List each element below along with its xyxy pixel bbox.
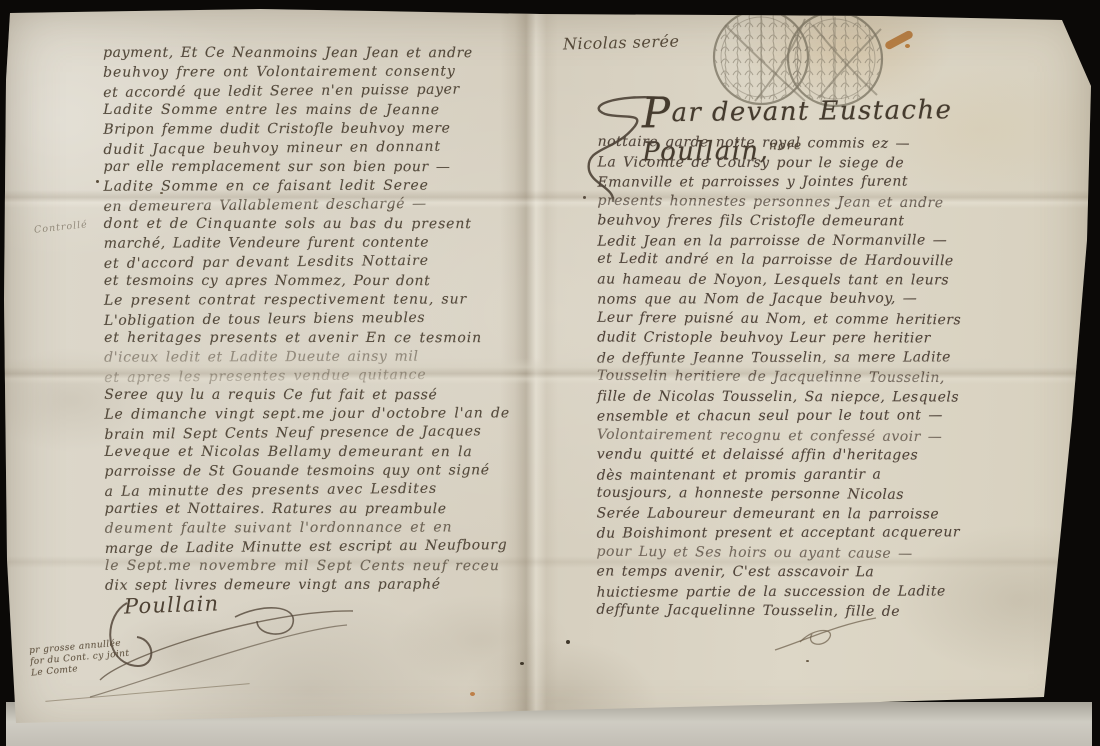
- manuscript-line: et accordé que ledit Seree n'en puisse p…: [103, 80, 509, 103]
- manuscript-line: au hameau de Noyon, Lesquels tant en leu…: [597, 270, 961, 290]
- manuscript-line: beuhvoy freres fils Cristofle demeurant: [597, 212, 961, 232]
- manuscript-line: huictiesme partie de la succession de La…: [596, 582, 960, 603]
- manuscript-line: parties et Nottaires. Ratures au preambu…: [105, 500, 511, 519]
- manuscript-line: L'obligation de tous leurs biens meubles: [104, 308, 510, 331]
- manuscript-line: ensemble et chacun seul pour le tout ont…: [597, 406, 961, 427]
- right-page-text: nottaire garde notte royal commis ez —La…: [596, 134, 961, 622]
- manuscript-line: Ladite Somme entre les mains de Jeanne: [103, 101, 509, 120]
- ink-speck: [520, 662, 524, 665]
- manuscript-line: fille de Nicolas Tousselin, Sa niepce, L…: [597, 387, 961, 407]
- manuscript-line: brain mil Sept Cents Neuf presence de Ja…: [104, 422, 510, 445]
- manuscript-line: Leveque et Nicolas Bellamy demeurant en …: [104, 443, 510, 462]
- heading-initial: P: [642, 88, 672, 137]
- ink-speck: [583, 196, 586, 199]
- manuscript-line: et tesmoins cy apres Nommez, Pour dont: [104, 272, 510, 291]
- manuscript-line: de deffunte Jeanne Tousselin, sa mere La…: [597, 348, 961, 369]
- manuscript-line: a La minutte des presents avec Lesdites: [105, 479, 511, 502]
- manuscript-line: Serée Laboureur demeurant en la parroiss…: [597, 504, 961, 524]
- parchment-document: Nicolas serée Controllé payment, Et Ce N…: [0, 0, 1100, 746]
- rust-speck: [470, 692, 475, 696]
- manuscript-line: le Sept.me novembre mil Sept Cents neuf …: [105, 557, 511, 576]
- manuscript-line: Tousselin heritiere de Jacquelinne Touss…: [597, 367, 961, 389]
- manuscript-line: pour Luy et Ses hoirs ou ayant cause —: [596, 542, 960, 564]
- manuscript-line: dudit Cristople beuhvoy Leur pere heriti…: [597, 329, 961, 349]
- manuscript-line: et heritages presents et avenir En ce te…: [104, 329, 510, 348]
- ink-speck: [806, 660, 809, 662]
- manuscript-line: en temps avenir, C'est asscavoir La: [596, 563, 960, 583]
- manuscript-line: dudit Jacque beuhvoy mineur en donnant: [103, 137, 509, 160]
- rust-speck: [905, 44, 910, 48]
- manuscript-line: du Boishimont present et acceptant acque…: [597, 523, 961, 544]
- ink-speck: [160, 192, 163, 194]
- manuscript-line: et Ledit andré en la parroisse de Hardou…: [597, 250, 961, 272]
- left-page-text: payment, Et Ce Neanmoins Jean Jean et an…: [103, 43, 511, 595]
- manuscript-line: payment, Et Ce Neanmoins Jean Jean et an…: [103, 44, 509, 63]
- manuscript-line: Leur frere puisné au Nom, et comme herit…: [597, 308, 961, 330]
- photo-backdrop: Nicolas serée Controllé payment, Et Ce N…: [0, 0, 1100, 746]
- manuscript-line: Seree quy lu a requis Ce fut fait et pas…: [104, 386, 510, 405]
- manuscript-line: noms que au Nom de Jacque beuhvoy, —: [597, 289, 961, 310]
- manuscript-line: dont et de Cinquante sols au bas du pres…: [104, 215, 510, 234]
- manuscript-line: nottaire garde notte royal commis ez —: [598, 133, 962, 155]
- manuscript-line: en demeurera Vallablement deschargé —: [104, 194, 510, 217]
- manuscript-line: Ledit Jean en la parroisse de Normanvill…: [597, 231, 961, 252]
- manuscript-line: et d'accord par devant Lesdits Nottaire: [104, 251, 510, 274]
- manuscript-line: La Vicomte de Coursy pour le siege de: [598, 153, 962, 173]
- manuscript-line: Volontairement recognu et confessé avoir…: [597, 425, 961, 447]
- manuscript-line: dès maintenant et promis garantir a: [597, 465, 961, 486]
- manuscript-line: et apres les presentes vendue quitance: [104, 365, 510, 388]
- manuscript-line: par elle remplacement sur son bien pour …: [103, 158, 509, 177]
- ink-speck: [566, 640, 570, 644]
- owner-inscription: Nicolas serée: [563, 31, 680, 53]
- manuscript-line: presents honnestes personnes Jean et and…: [597, 191, 961, 213]
- manuscript-line: vendu quitté et delaissé affin d'heritag…: [597, 446, 961, 466]
- manuscript-line: Emanville et parroisses y Jointes furent: [597, 172, 961, 193]
- ink-speck: [96, 180, 99, 183]
- bottom-flourish-icon: [770, 612, 882, 658]
- manuscript-line: tousjours, a honneste personne Nicolas: [597, 484, 961, 506]
- manuscript-line: marge de Ladite Minutte est escript au N…: [105, 536, 511, 559]
